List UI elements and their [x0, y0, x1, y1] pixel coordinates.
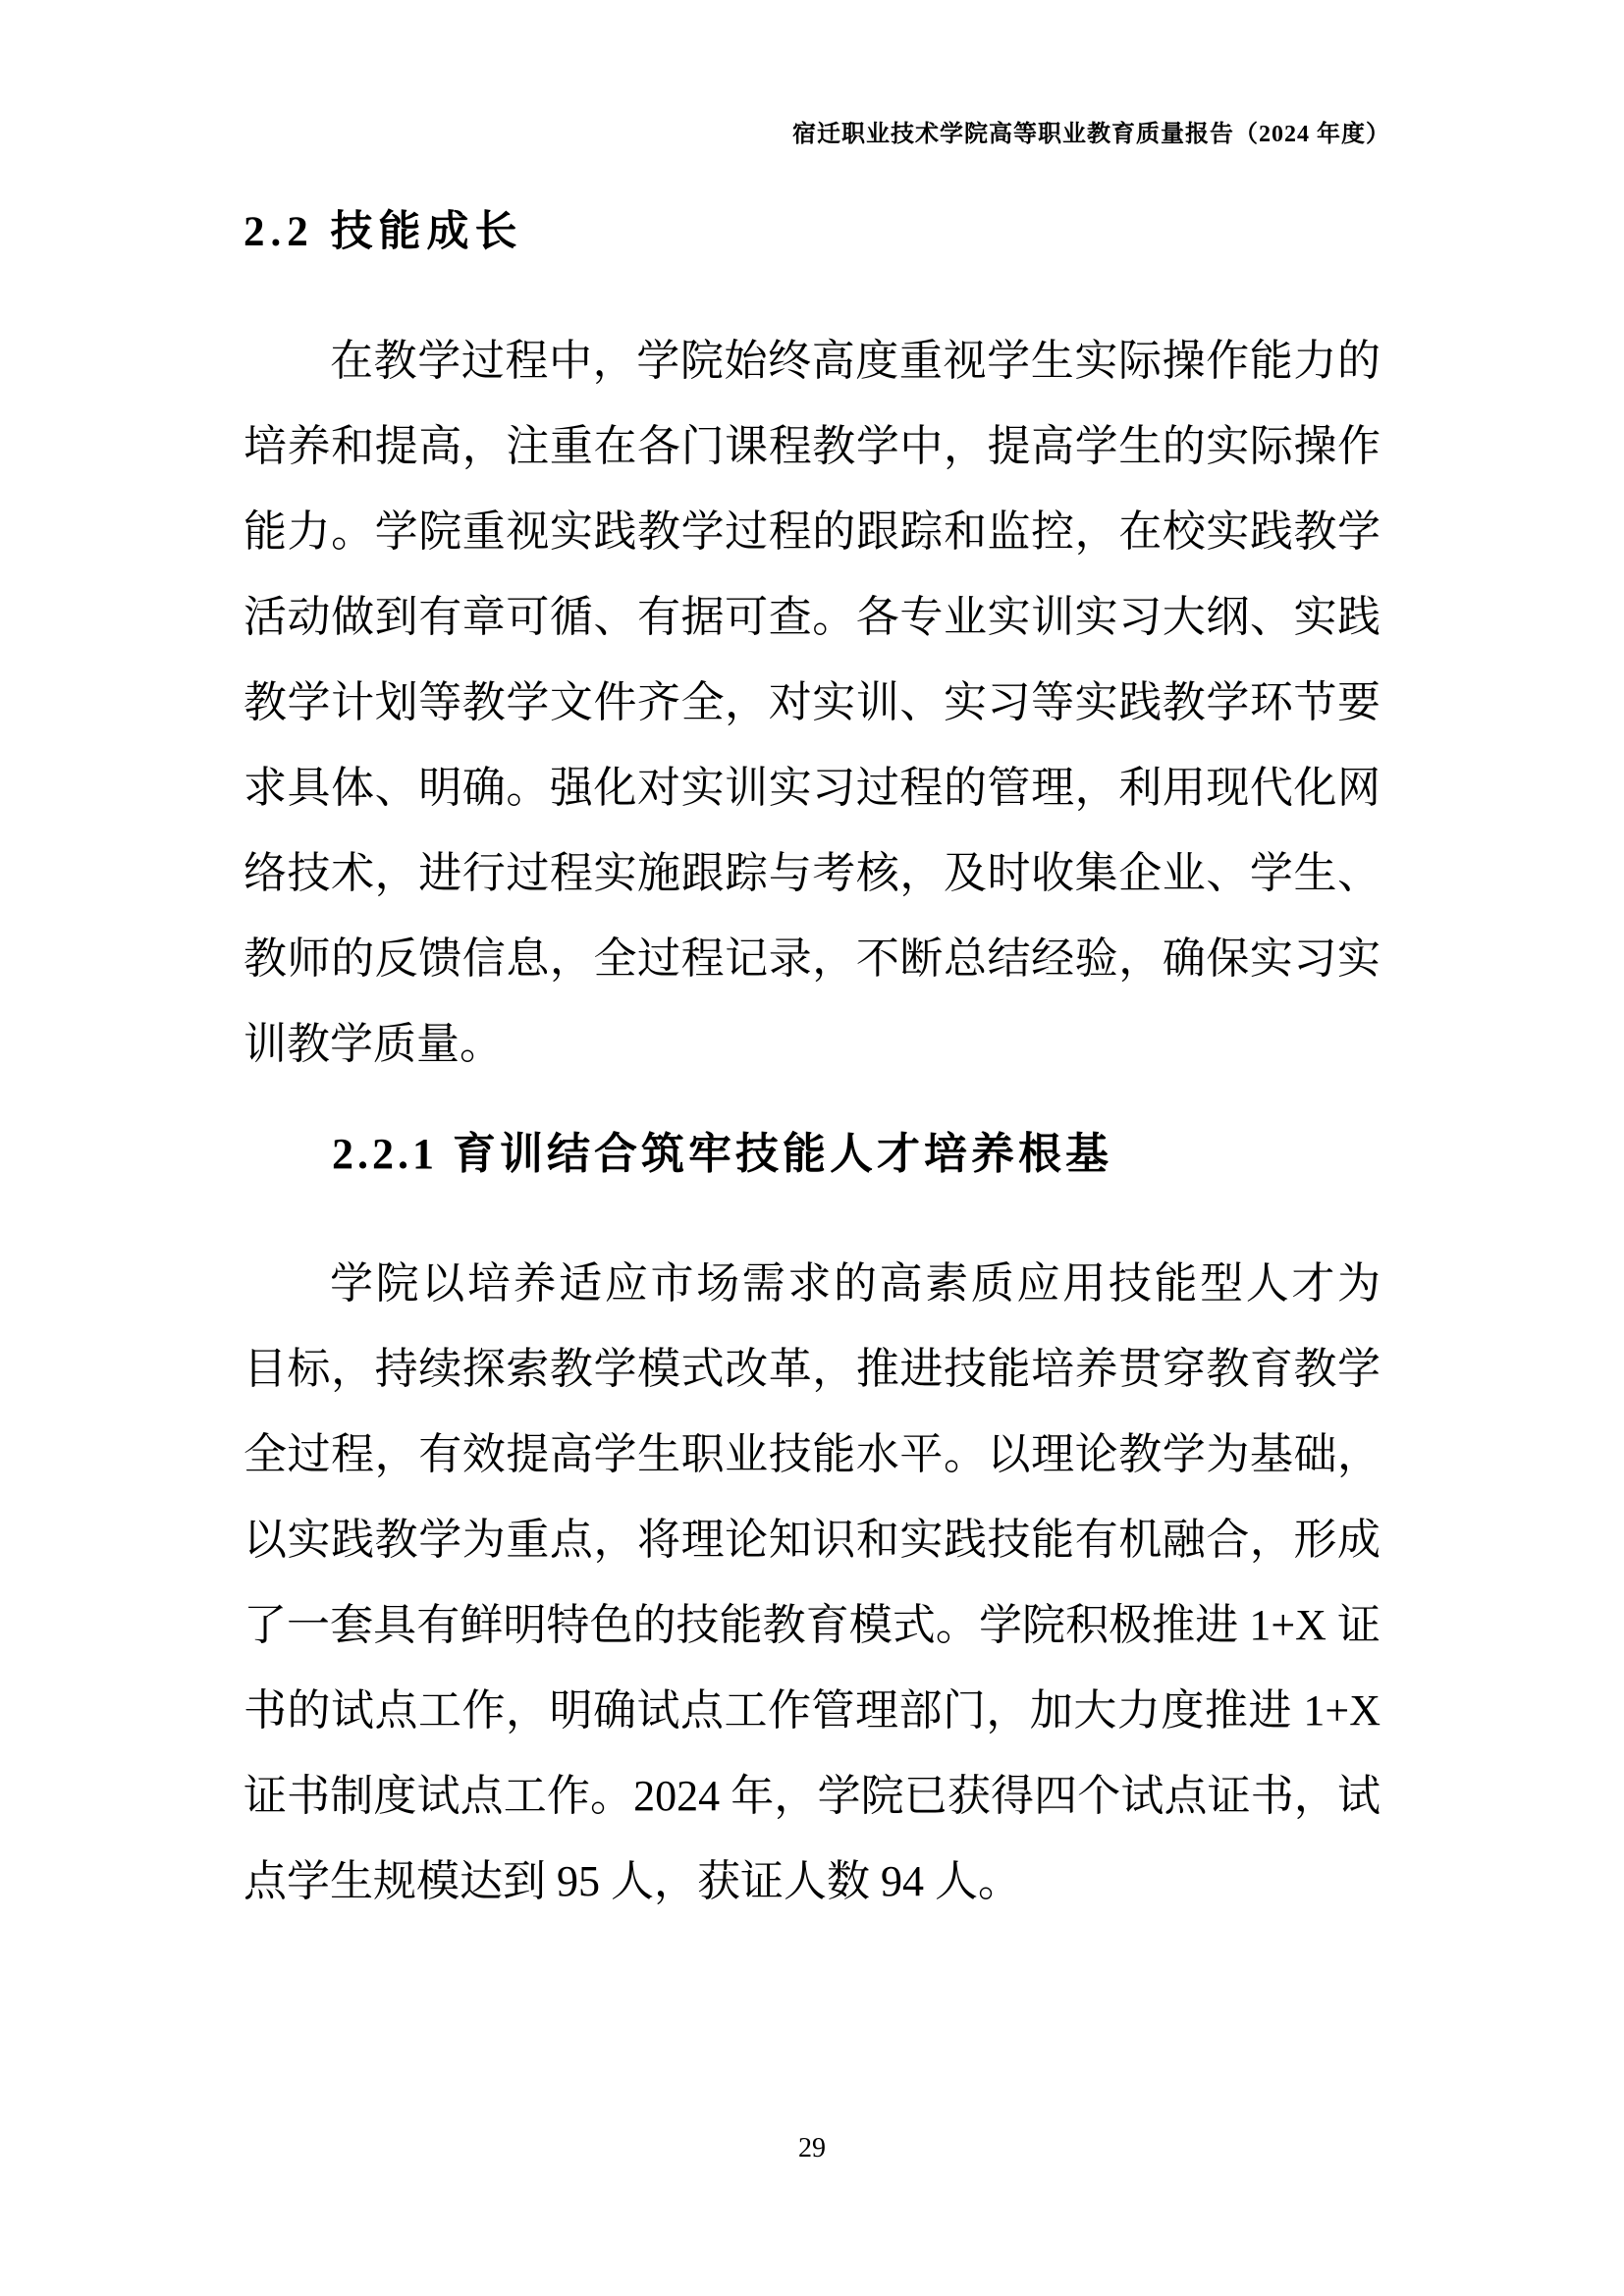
page-number: 29: [0, 2132, 1624, 2165]
body-text-line: 教学计划等教学文件齐全，对实训、实习等实践教学环节要: [244, 660, 1380, 745]
body-text-line: 了一套具有鲜明特色的技能教育模式。学院积极推进 1+X 证: [244, 1582, 1380, 1668]
body-text-line: 训教学质量。: [244, 1001, 1380, 1087]
paragraph-skill-growth: 在教学过程中，学院始终高度重视学生实际操作能力的 培养和提高，注重在各门课程教学…: [244, 318, 1380, 1087]
page-header-title: 宿迁职业技术学院高等职业教育质量报告（2024 年度）: [244, 120, 1390, 149]
body-text-line: 在教学过程中，学院始终高度重视学生实际操作能力的: [244, 318, 1380, 403]
document-page: 宿迁职业技术学院高等职业教育质量报告（2024 年度） 2.2 技能成长 在教学…: [0, 0, 1624, 2296]
body-text-line: 能力。学院重视实践教学过程的跟踪和监控，在校实践教学: [244, 489, 1380, 574]
body-text-line: 证书制度试点工作。2024 年，学院已获得四个试点证书，试: [244, 1753, 1380, 1839]
body-text-line: 培养和提高，注重在各门课程教学中，提高学生的实际操作: [244, 403, 1380, 489]
subsection-title: 2.2.1 育训结合筑牢技能人才培养根基: [244, 1129, 1112, 1180]
body-text-line: 以实践教学为重点，将理论知识和实践技能有机融合，形成: [244, 1497, 1380, 1582]
body-text-line: 书的试点工作，明确试点工作管理部门，加大力度推进 1+X: [244, 1668, 1380, 1753]
body-text-line: 络技术，进行过程实施跟踪与考核，及时收集企业、学生、: [244, 830, 1380, 916]
body-text-line: 求具体、明确。强化对实训实习过程的管理，利用现代化网: [244, 745, 1380, 830]
paragraph-training-foundation: 学院以培养适应市场需求的高素质应用技能型人才为 目标，持续探索教学模式改革，推进…: [244, 1241, 1380, 1924]
body-text-line: 活动做到有章可循、有据可查。各专业实训实习大纲、实践: [244, 574, 1380, 660]
body-text-line: 全过程，有效提高学生职业技能水平。以理论教学为基础，: [244, 1412, 1380, 1497]
body-text-line: 学院以培养适应市场需求的高素质应用技能型人才为: [244, 1241, 1380, 1326]
body-text-line: 点学生规模达到 95 人，获证人数 94 人。: [244, 1839, 1380, 1924]
section-title: 2.2 技能成长: [244, 208, 523, 257]
body-text-line: 目标，持续探索教学模式改革，推进技能培养贯穿教育教学: [244, 1326, 1380, 1412]
body-text-line: 教师的反馈信息，全过程记录，不断总结经验，确保实习实: [244, 916, 1380, 1001]
